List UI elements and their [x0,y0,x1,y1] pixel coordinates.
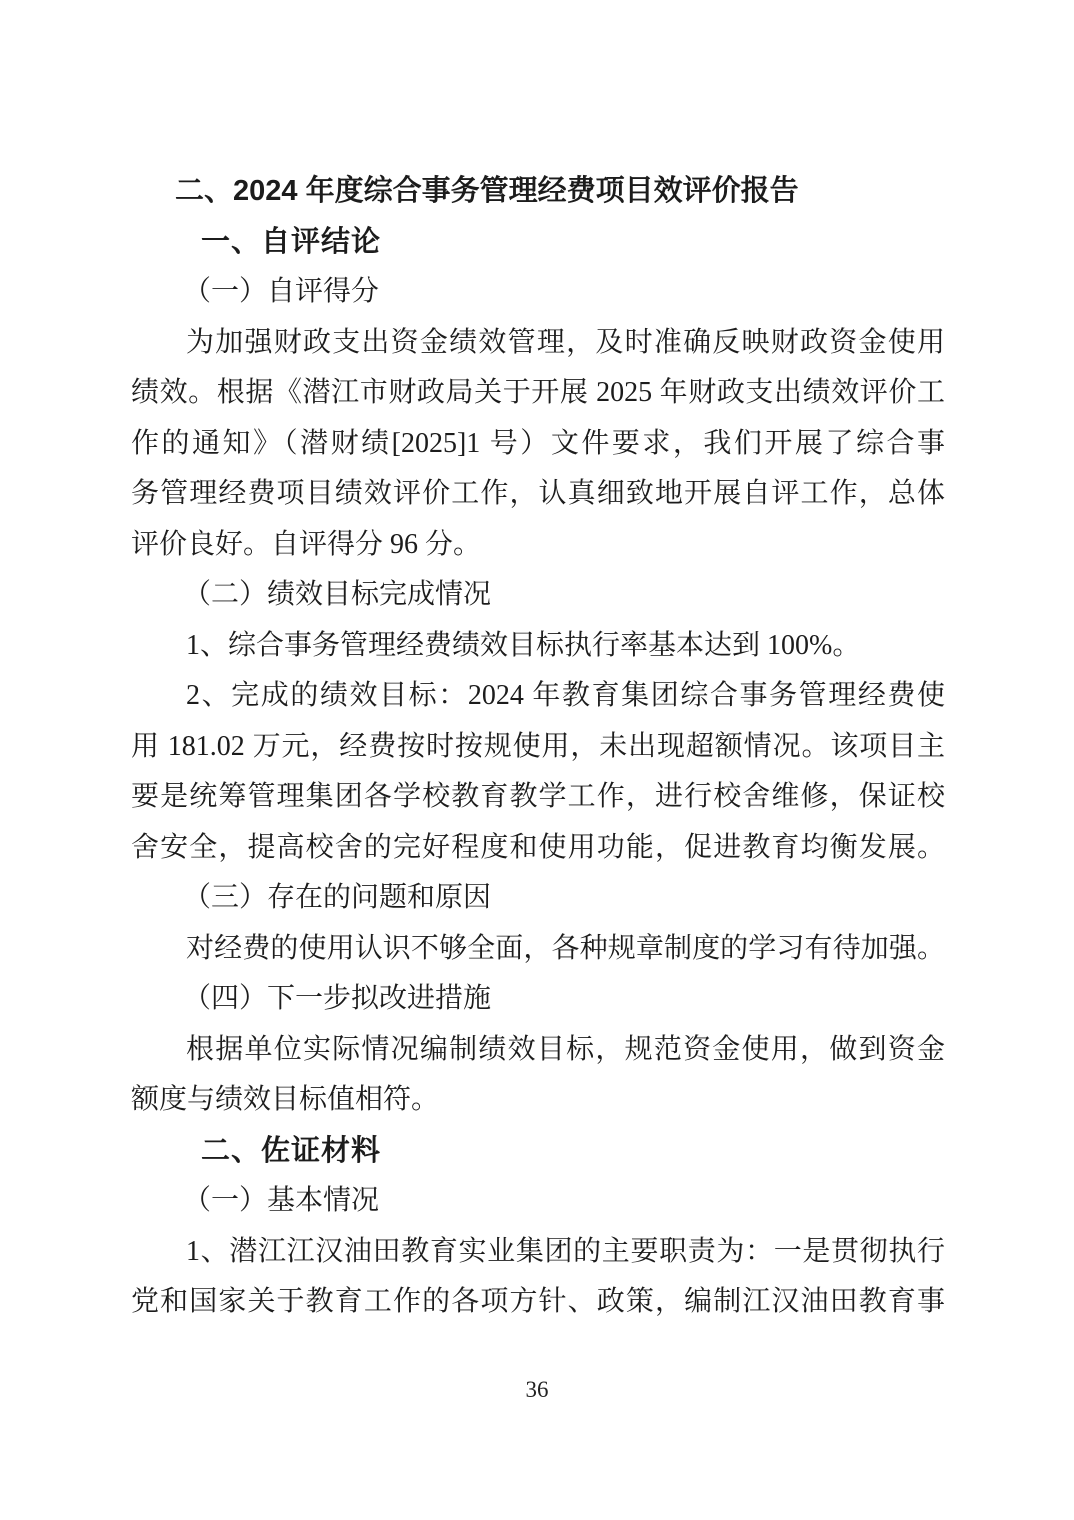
paragraph-execution-rate: 1、综合事务管理经费绩效目标执行率基本达到 100%。 [131,621,945,672]
paragraph-line: 作的通知》（潜财绩[2025]1 号）文件要求，我们开展了综合事 [131,419,945,470]
subheading-self-evaluation-score: （一）自评得分 [131,267,945,318]
subheading-problems-and-causes: （三）存在的问题和原因 [131,873,945,924]
paragraph-line: 绩效。根据《潜江市财政局关于开展 2025 年财政支出绩效评价工 [131,368,945,419]
document-page: 二、2024 年度综合事务管理经费项目效评价报告 一、自评结论 （一）自评得分 … [0,0,1074,1520]
subheading-basic-situation: （一）基本情况 [131,1176,945,1227]
report-title: 二、2024 年度综合事务管理经费项目效评价报告 [131,166,945,217]
paragraph-line: 2、完成的绩效目标：2024 年教育集团综合事务管理经费使 [131,671,945,722]
paragraph-line: 额度与绩效目标值相符。 [131,1075,945,1126]
paragraph-line: 评价良好。自评得分 96 分。 [131,520,945,571]
paragraph-line: 1、潜江江汉油田教育实业集团的主要职责为：一是贯彻执行 [131,1227,945,1278]
paragraph-line: 根据单位实际情况编制绩效目标，规范资金使用，做到资金 [131,1025,945,1076]
heading-self-evaluation-conclusion: 一、自评结论 [131,217,945,268]
paragraph-line: 用 181.02 万元，经费按时按规使用，未出现超额情况。该项目主 [131,722,945,773]
subheading-goal-completion: （二）绩效目标完成情况 [131,570,945,621]
document-body: 二、2024 年度综合事务管理经费项目效评价报告 一、自评结论 （一）自评得分 … [131,166,945,1328]
paragraph-line: 为加强财政支出资金绩效管理，及时准确反映财政资金使用 [131,318,945,369]
paragraph-line: 党和国家关于教育工作的各项方针、政策，编制江汉油田教育事 [131,1277,945,1328]
heading-supporting-materials: 二、佐证材料 [131,1126,945,1177]
paragraph-line: 要是统筹管理集团各学校教育教学工作，进行校舍维修，保证校 [131,772,945,823]
paragraph-problems: 对经费的使用认识不够全面，各种规章制度的学习有待加强。 [131,924,945,975]
paragraph-line: 舍安全，提高校舍的完好程度和使用功能，促进教育均衡发展。 [131,823,945,874]
page-number: 36 [0,1376,1074,1404]
subheading-improvement-measures: （四）下一步拟改进措施 [131,974,945,1025]
paragraph-line: 务管理经费项目绩效评价工作，认真细致地开展自评工作，总体 [131,469,945,520]
